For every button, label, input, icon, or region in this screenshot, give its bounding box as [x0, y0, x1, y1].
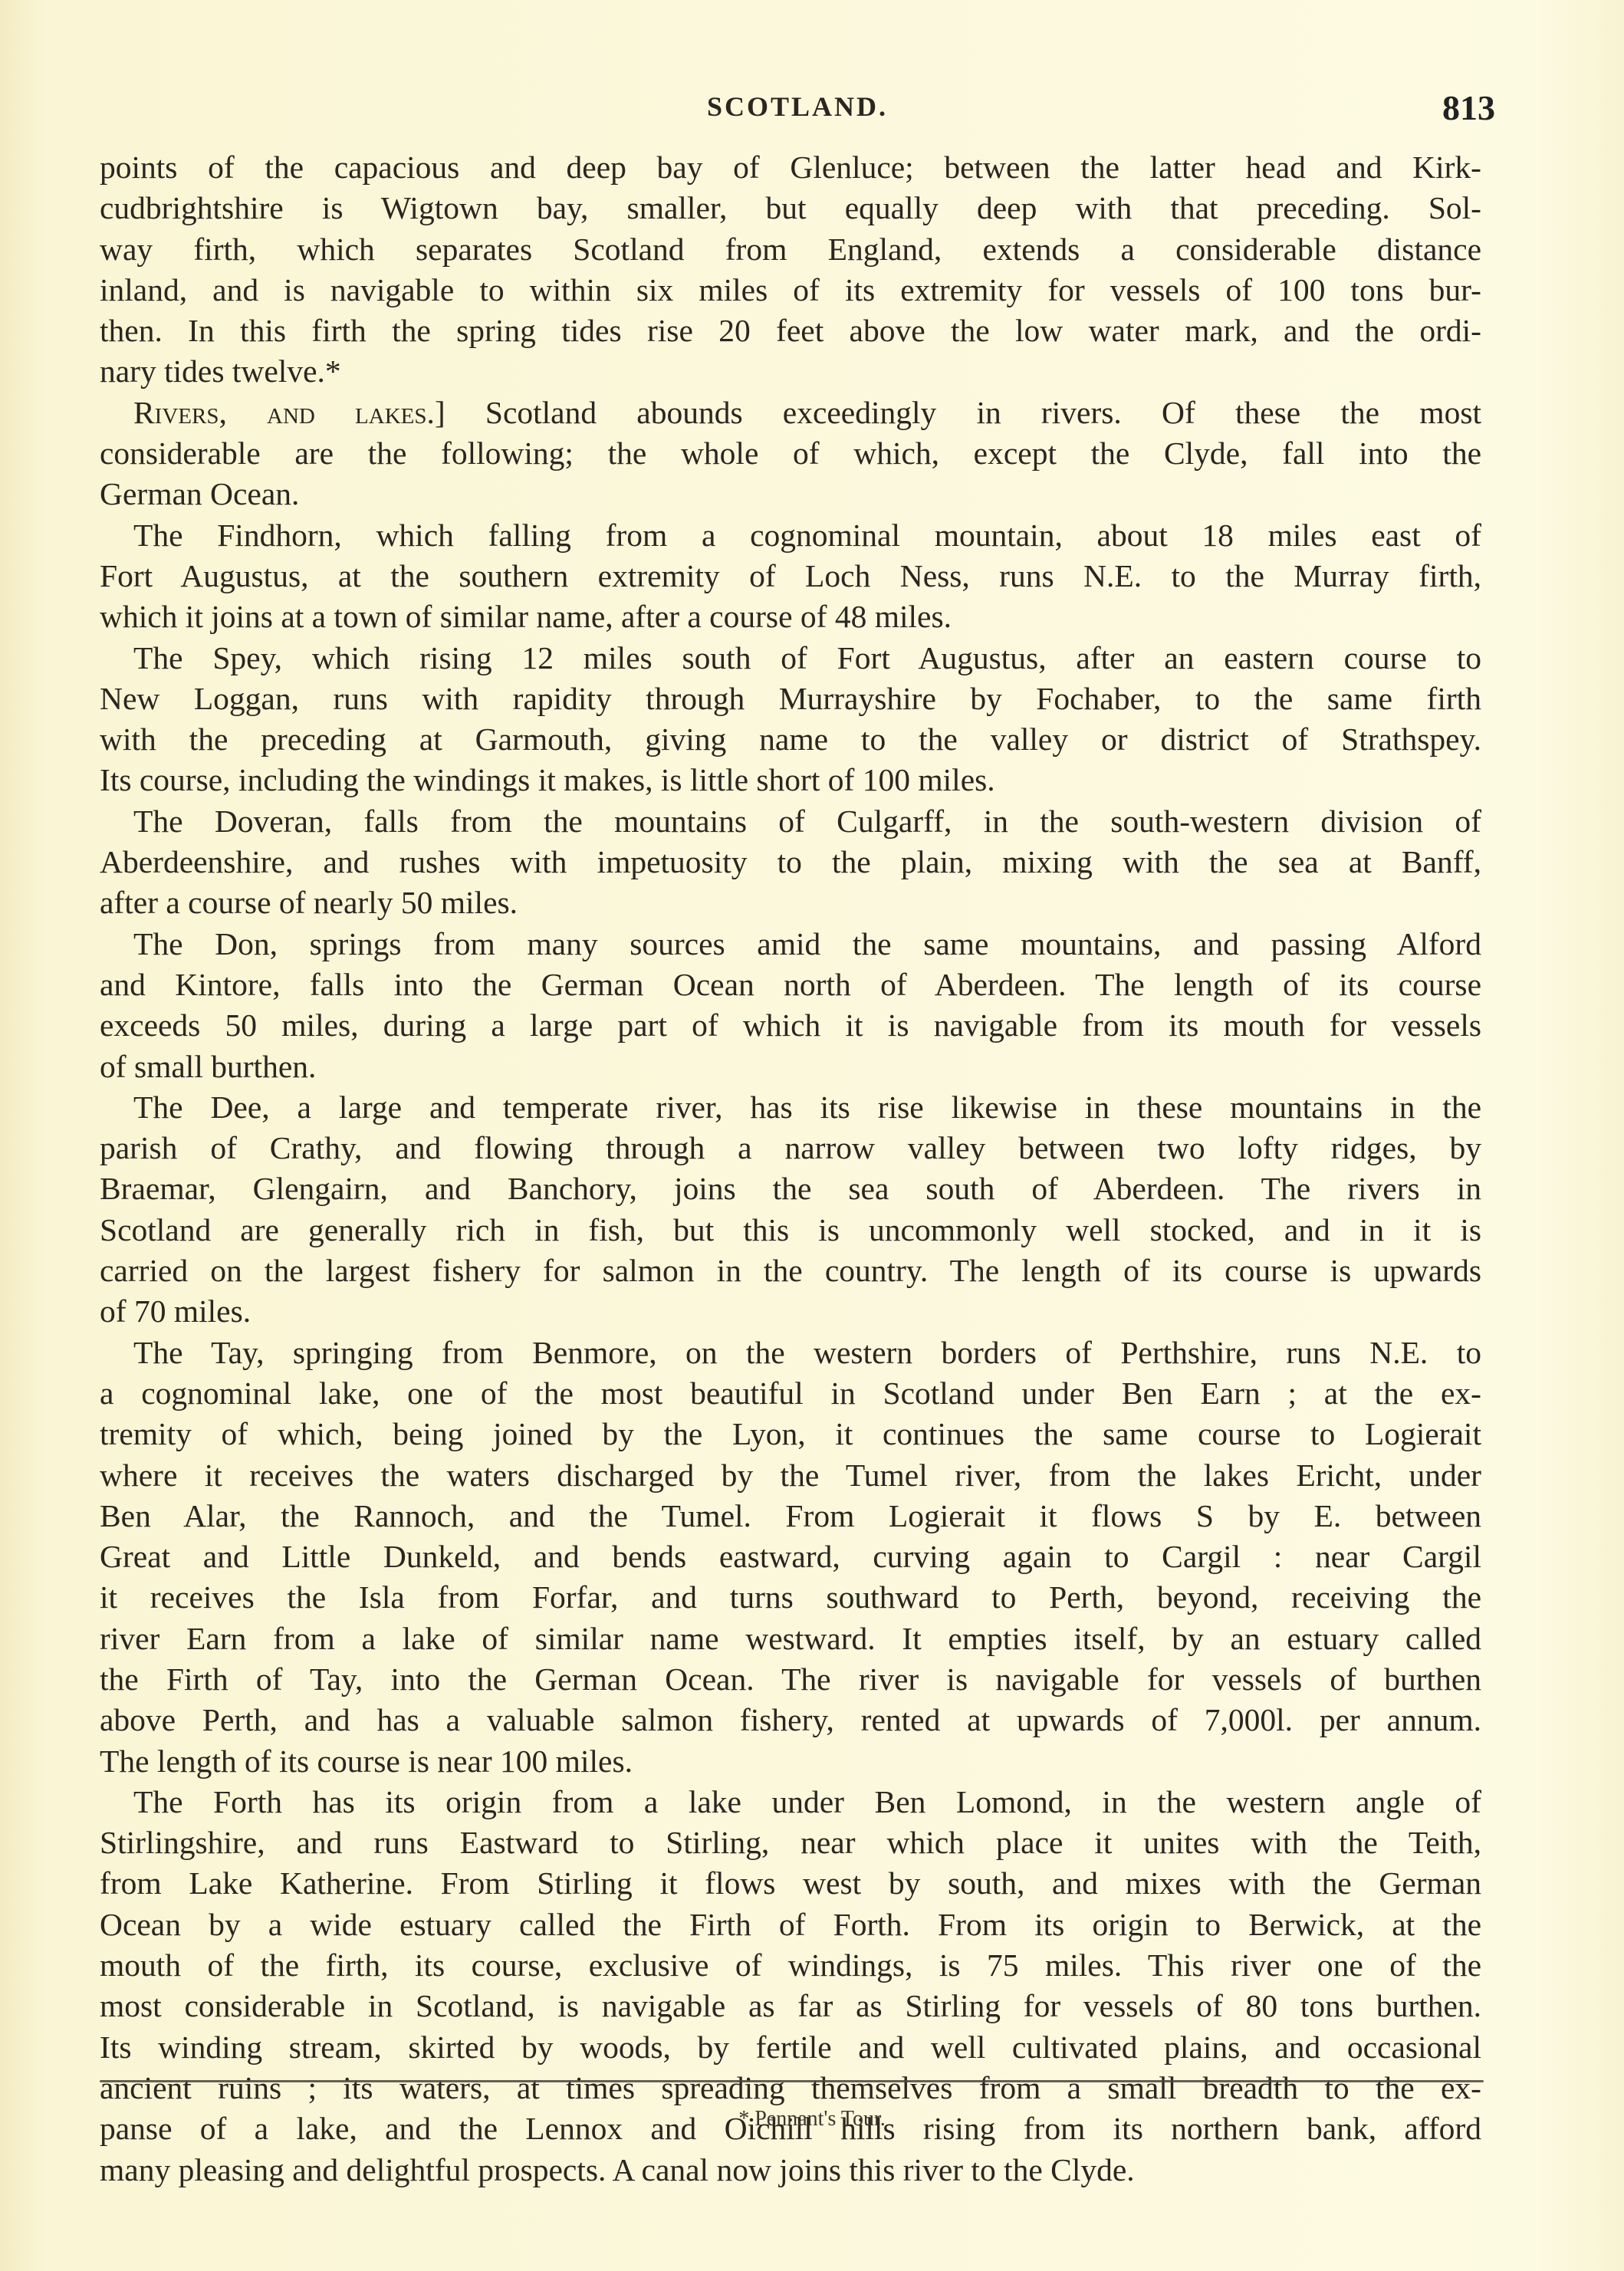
text-line: Aberdeenshire, and rushes with impetuosi…	[100, 842, 1481, 882]
page-number: 813	[1442, 87, 1495, 128]
running-head: SCOTLAND. 813	[100, 90, 1495, 129]
text-line: The Dee, a large and temperate river, ha…	[100, 1087, 1481, 1128]
text-line: river Earn from a lake of similar name w…	[100, 1619, 1481, 1659]
text-line: way firth, which separates Scotland from…	[100, 229, 1481, 270]
text-line: then. In this firth the spring tides ris…	[100, 311, 1481, 351]
text-line: The Don, springs from many sources amid …	[100, 924, 1481, 965]
text-line: Its winding stream, skirted by woods, by…	[100, 2027, 1481, 2068]
text-line: Fort Augustus, at the southern extremity…	[100, 556, 1481, 597]
body-text: points of the capacious and deep bay of …	[100, 147, 1481, 2190]
text-line: exceeds 50 miles, during a large part of…	[100, 1005, 1481, 1046]
text-line: which it joins at a town of similar name…	[100, 597, 1481, 637]
text-line: New Loggan, runs with rapidity through M…	[100, 679, 1481, 719]
text-line: parish of Crathy, and flowing through a …	[100, 1128, 1481, 1168]
text-line: The Tay, springing from Benmore, on the …	[100, 1333, 1481, 1373]
text-line: Braemar, Glengairn, and Banchory, joins …	[100, 1168, 1481, 1209]
text-line: mouth of the firth, its course, exclusiv…	[100, 1945, 1481, 1986]
text-line: inland, and is navigable to within six m…	[100, 270, 1481, 311]
text-line: ancient ruins ; its waters, at times spr…	[100, 2068, 1481, 2108]
text-line: points of the capacious and deep bay of …	[100, 147, 1481, 188]
text-line: German Ocean.	[100, 474, 1481, 514]
text-line: Stirlingshire, and runs Eastward to Stir…	[100, 1822, 1481, 1863]
text-line: with the preceding at Garmouth, giving n…	[100, 719, 1481, 760]
text-line: Its course, including the windings it ma…	[100, 760, 1481, 800]
text-line: Scotland are generally rich in fish, but…	[100, 1210, 1481, 1251]
text-line: from Lake Katherine. From Stirling it fl…	[100, 1863, 1481, 1904]
text-line: Ben Alar, the Rannoch, and the Tumel. Fr…	[100, 1496, 1481, 1536]
text-line: most considerable in Scotland, is naviga…	[100, 1986, 1481, 2026]
text-line: cudbrightshire is Wigtown bay, smaller, …	[100, 188, 1481, 228]
footnote-rule	[100, 2080, 1484, 2082]
text-line: it receives the Isla from Forfar, and tu…	[100, 1577, 1481, 1618]
text-line: tremity of which, being joined by the Ly…	[100, 1414, 1481, 1454]
text-line: of 70 miles.	[100, 1291, 1481, 1332]
text-line: above Perth, and has a valuable salmon f…	[100, 1700, 1481, 1740]
text-line: Rivers, and lakes.] Scotland abounds exc…	[100, 393, 1481, 433]
text-line: The Doveran, falls from the mountains of…	[100, 801, 1481, 842]
text-line: The Spey, which rising 12 miles south of…	[100, 638, 1481, 679]
footnote: * Pennant's Tour.	[0, 2107, 1624, 2131]
text-line: the Firth of Tay, into the German Ocean.…	[100, 1659, 1481, 1700]
text-line: a cognominal lake, one of the most beaut…	[100, 1373, 1481, 1414]
text-line: where it receives the waters discharged …	[100, 1455, 1481, 1496]
text-line-content: Scotland abounds exceedingly in rivers. …	[445, 395, 1481, 430]
text-line: The Forth has its origin from a lake und…	[100, 1782, 1481, 1822]
text-line: carried on the largest fishery for salmo…	[100, 1251, 1481, 1291]
text-line: The length of its course is near 100 mil…	[100, 1741, 1481, 1782]
running-title: SCOTLAND.	[100, 90, 1495, 123]
text-line: after a course of nearly 50 miles.	[100, 882, 1481, 923]
text-line: Great and Little Dunkeld, and bends east…	[100, 1536, 1481, 1577]
text-line: many pleasing and delightful prospects. …	[100, 2150, 1481, 2190]
section-heading: Rivers, and lakes.]	[133, 395, 445, 430]
book-page: SCOTLAND. 813 points of the capacious an…	[0, 0, 1624, 2271]
text-line: nary tides twelve.*	[100, 351, 1481, 392]
text-line: The Findhorn, which falling from a cogno…	[100, 515, 1481, 556]
text-line: and Kintore, falls into the German Ocean…	[100, 965, 1481, 1005]
text-line: considerable are the following; the whol…	[100, 433, 1481, 474]
text-line: Ocean by a wide estuary called the Firth…	[100, 1905, 1481, 1945]
text-line: of small burthen.	[100, 1047, 1481, 1087]
